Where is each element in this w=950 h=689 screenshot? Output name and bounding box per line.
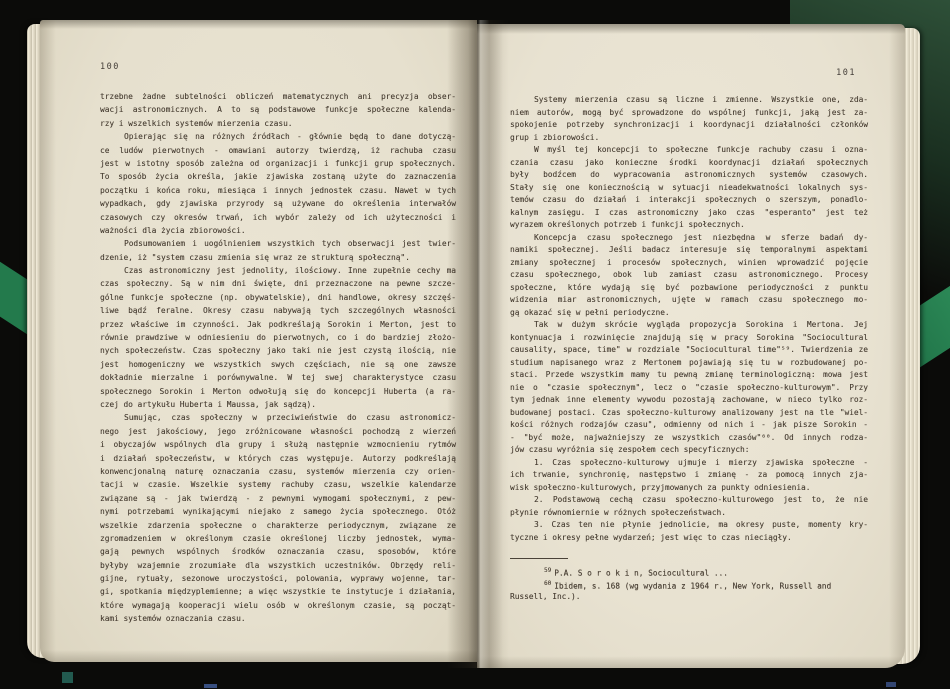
- text-line: jów czasu wyróżnia się zespołem cech spe…: [510, 444, 868, 457]
- text-line: byłyby wzajemnie zrozumiałe dla wszystki…: [100, 559, 456, 572]
- text-line: tym jednak inne elementy wywodu pozostaj…: [510, 394, 868, 407]
- page-number-right: 101: [510, 68, 856, 78]
- text-line: były bodźcem do wypracowania astronomicz…: [510, 169, 868, 182]
- footnote-rule: [510, 558, 568, 559]
- text-line: czasowych czy okresów trwań, ich wybór z…: [100, 211, 456, 224]
- book-scan-scene: 100 trzebne żadne subtelności obliczeń m…: [0, 0, 950, 689]
- text-line: wisk społeczno-kulturowych, przyjmowanyc…: [510, 482, 868, 495]
- text-line: gólne funkcje społeczne (np. obywatelski…: [100, 291, 456, 304]
- text-line: zmiany społecznej i procesów społecznych…: [510, 257, 868, 270]
- text-line: zgromadzeniem w określonym czasie określ…: [100, 532, 456, 545]
- text-line: i działań społeczeństw, w których czas w…: [100, 452, 456, 465]
- text-line: tyczne i okresy pełne wydarzeń; jest wię…: [510, 532, 868, 545]
- page-number-left: 100: [100, 62, 120, 72]
- paragraph: Opierając się na różnych źródłach - głów…: [100, 130, 456, 237]
- text-line: Koncepcja czasu społecznego jest niezbęd…: [510, 232, 868, 245]
- text-line: studium napisanego wraz z Mertonem pojaw…: [510, 357, 868, 370]
- text-line: gą okazać się w pełni periodyczne.: [510, 307, 868, 320]
- text-line: dokładnie mierzalne i porównywalne. W te…: [100, 371, 456, 384]
- text-line: To sposób życia określa, jakie zjawiska …: [100, 170, 456, 183]
- text-line: 1. Czas społeczno-kulturowy ujmuje i mie…: [510, 457, 868, 470]
- text-line: gijne, rytuały, sezonowe uroczystości, p…: [100, 572, 456, 585]
- text-line: staci. Przede wszystkim mamy tu pewną zm…: [510, 369, 868, 382]
- text-line: W myśl tej koncepcji to społeczne funkcj…: [510, 144, 868, 157]
- text-line: grup i zbiorowości.: [510, 132, 868, 145]
- paragraph: Koncepcja czasu społecznego jest niezbęd…: [510, 232, 868, 320]
- text-line: czas społeczny. Są w nim dni święte, dni…: [100, 277, 456, 290]
- text-line: nego jest jakościowy, jego zróżnicowane …: [100, 425, 456, 438]
- footnote-line: Russell, Inc.).: [510, 590, 868, 603]
- scan-artifact-mark: [204, 684, 217, 688]
- right-page-text: Systemy mierzenia czasu są liczne i zmie…: [510, 94, 868, 544]
- text-line: tacji w czasie. Wszelkie systemy rachuby…: [100, 478, 456, 491]
- paragraph: trzebne żadne subtelności obliczeń matem…: [100, 90, 456, 130]
- footnote-line: 60Ibidem, s. 168 (wg wydania z 1964 r., …: [510, 577, 868, 590]
- footnotes: 59P.A. S o r o k i n, Sociocultural ...6…: [510, 564, 868, 603]
- text-line: które wymagają kooperacji wielu osób w o…: [100, 599, 456, 612]
- left-page: 100 trzebne żadne subtelności obliczeń m…: [40, 20, 477, 662]
- footnote: 60Ibidem, s. 168 (wg wydania z 1964 r., …: [510, 577, 868, 603]
- text-line: dzenie, iż "system czasu zmienia się wra…: [100, 251, 456, 264]
- paragraph: Czas astronomiczny jest jednolity, ilośc…: [100, 264, 456, 411]
- text-line: ważności dla życia zbiorowości.: [100, 224, 456, 237]
- text-line: i obyczajów wspólnych dla grupy i służą …: [100, 438, 456, 451]
- text-line: wszelkie zdarzenia społeczne o charakter…: [100, 519, 456, 532]
- text-line: trzebne żadne subtelności obliczeń matem…: [100, 90, 456, 103]
- text-line: jest w istotny sposób zależna od organiz…: [100, 157, 456, 170]
- text-line: przez właściwe im czynności. Jak podkreś…: [100, 318, 456, 331]
- text-line: Stały się one koniecznością w sytuacji n…: [510, 182, 868, 195]
- footnote-marker: 60: [544, 580, 551, 587]
- text-line: Podsumowaniem i uogólnieniem wszystkich …: [100, 237, 456, 250]
- text-line: causality, space, time" w rozdziale "Soc…: [510, 344, 868, 357]
- text-line: ce ludów pierwotnych - omawiani autorzy …: [100, 144, 456, 157]
- text-line: jest homogeniczny we wszystkich swych cz…: [100, 358, 456, 371]
- text-line: nymi potrzebami wynikającymi niejako z s…: [100, 505, 456, 518]
- text-line: widzenia miar astronomicznych, ujęte w r…: [510, 294, 868, 307]
- text-line: - "być może, najważniejszy ze wszystkich…: [510, 432, 868, 445]
- text-line: czej do artykułu Huberta i Maussa, jak s…: [100, 398, 456, 411]
- text-line: konwencjonalną naturę oznaczania czasu, …: [100, 465, 456, 478]
- text-line: związane są - jak twierdzą - z pewnymi w…: [100, 492, 456, 505]
- text-line: wyrazem określonych potrzeb i funkcji sp…: [510, 219, 868, 232]
- text-line: gi, spotkania międzyplemienne; a więc ws…: [100, 585, 456, 598]
- paragraph: 1. Czas społeczno-kulturowy ujmuje i mie…: [510, 457, 868, 495]
- text-line: 3. Czas ten nie płynie jednolicie, ma ok…: [510, 519, 868, 532]
- text-line: namiki społecznej. Jeśli badacz interesu…: [510, 244, 868, 257]
- paragraph: Podsumowaniem i uogólnieniem wszystkich …: [100, 237, 456, 264]
- text-line: początku i końca roku, miesiąca i innych…: [100, 184, 456, 197]
- paragraph: Tak w dużym skrócie wygląda propozycja S…: [510, 319, 868, 457]
- paragraph: Sumując, czas społeczny w przeciwieństwi…: [100, 411, 456, 625]
- text-line: kalnym zasięgu. I czas astronomiczny jak…: [510, 207, 868, 220]
- paragraph: 2. Podstawową cechą czasu społeczno-kult…: [510, 494, 868, 519]
- text-line: czania czasu jako konieczne środki koord…: [510, 157, 868, 170]
- text-line: kontynuacja i rozwinięcie znajdują się w…: [510, 332, 868, 345]
- text-line: Tak w dużym skrócie wygląda propozycja S…: [510, 319, 868, 332]
- text-line: czasu społecznego, obok lub zamiast czas…: [510, 269, 868, 282]
- scan-artifact-mark: [886, 682, 896, 687]
- footnote-line: 59P.A. S o r o k i n, Sociocultural ...: [510, 564, 868, 577]
- text-line: spokojenie potrzeby synchronizacji i koo…: [510, 119, 868, 132]
- text-line: temów czasu do działań i interakcji społ…: [510, 194, 868, 207]
- text-line: rzy i wszelkich systemów mierzenia czasu…: [100, 117, 456, 130]
- text-line: gają pewnych wspólnych środków oznaczani…: [100, 545, 456, 558]
- text-line: Systemy mierzenia czasu są liczne i zmie…: [510, 94, 868, 107]
- text-line: społeczne, które wydają się być pozbawio…: [510, 282, 868, 295]
- paragraph: W myśl tej koncepcji to społeczne funkcj…: [510, 144, 868, 232]
- left-page-text: trzebne żadne subtelności obliczeń matem…: [100, 90, 456, 626]
- text-line: nie o "czasie społecznym", lecz o "czasi…: [510, 382, 868, 395]
- text-line: wacji astronomicznych. A to są podstawow…: [100, 103, 456, 116]
- scan-artifact-mark: [62, 672, 73, 683]
- text-line: nych społeczeństw. Czas społeczny jako t…: [100, 344, 456, 357]
- footnote-marker: 59: [544, 567, 551, 574]
- text-line: liwe bądź feralne. Okresy czasu nabywają…: [100, 304, 456, 317]
- footnote: 59P.A. S o r o k i n, Sociocultural ...: [510, 564, 868, 577]
- text-line: niem autorów, mogą być sprowadzone do ws…: [510, 107, 868, 120]
- text-line: Sumując, czas społeczny w przeciwieństwi…: [100, 411, 456, 424]
- text-line: społecznego Sorokin i Merton odwołują si…: [100, 385, 456, 398]
- text-line: ich trwanie, synchronię, następstwo i zm…: [510, 469, 868, 482]
- text-line: budowanej postaci. Czas społeczno-kultur…: [510, 407, 868, 420]
- text-line: płynie równomiernie w różnych społeczeńs…: [510, 507, 868, 520]
- text-line: kami systemów oznaczania czasu.: [100, 612, 456, 625]
- paragraph: Systemy mierzenia czasu są liczne i zmie…: [510, 94, 868, 144]
- paragraph: 3. Czas ten nie płynie jednolicie, ma ok…: [510, 519, 868, 544]
- text-line: równie prawdziwe w odniesieniu do pierwo…: [100, 331, 456, 344]
- text-line: wypadkach, gdy zjawiska przyrody są używ…: [100, 197, 456, 210]
- text-line: 2. Podstawową cechą czasu społeczno-kult…: [510, 494, 868, 507]
- right-page: 101 Systemy mierzenia czasu są liczne i …: [477, 24, 905, 668]
- text-line: Czas astronomiczny jest jednolity, ilośc…: [100, 264, 456, 277]
- text-line: kości różnych rodzajów czasu", odmienny …: [510, 419, 868, 432]
- text-line: Opierając się na różnych źródłach - głów…: [100, 130, 456, 143]
